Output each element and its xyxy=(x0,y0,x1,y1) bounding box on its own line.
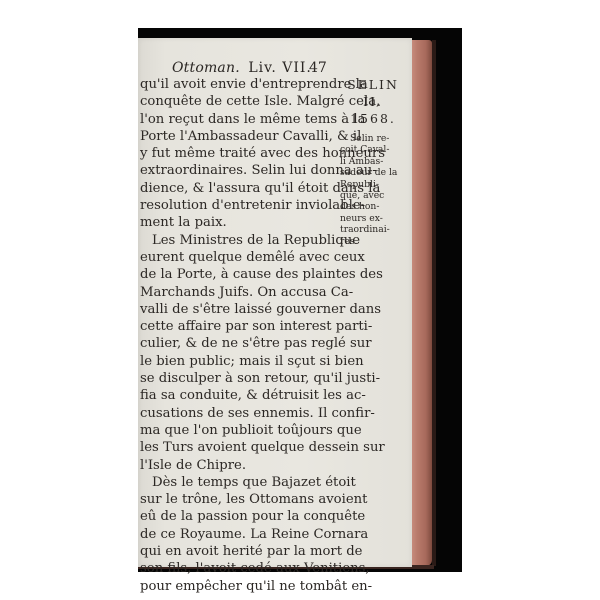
body-line: le bien public; mais il sçut si bien xyxy=(140,353,336,370)
body-line: cette affaire par son interest parti- xyxy=(140,318,336,335)
margin-notes: SELIN II. 1568. Selin re-çoit Caval-li A… xyxy=(340,76,406,247)
margin-note: Selin re-çoit Caval-li Ambas-sadeur de l… xyxy=(340,133,406,247)
body-line: extraordinaires. Selin lui donna au- xyxy=(140,162,336,179)
margin-note-line: Republi- xyxy=(340,179,406,190)
body-line: Porte l'Ambassadeur Cavalli, & il xyxy=(140,128,336,145)
margin-note-line: Selin re- xyxy=(340,133,406,144)
body-line: Les Ministres de la Republique xyxy=(140,232,336,249)
margin-note-line: neurs ex- xyxy=(340,213,406,224)
body-line: de ce Royaume. La Reine Cornara xyxy=(140,526,336,543)
body-line: resolution d'entretenir inviolable- xyxy=(140,197,336,214)
margin-note-line: li Ambas- xyxy=(340,156,406,167)
body-line: Marchands Juifs. On accusa Ca- xyxy=(140,284,336,301)
margin-head-ruler: SELIN xyxy=(340,76,406,93)
margin-note-line: que, avec xyxy=(340,190,406,201)
body-line: culier, & de ne s'être pas reglé sur xyxy=(140,335,336,352)
body-line: Dès le temps que Bajazet étoit xyxy=(140,474,336,491)
page-header: Ottoman. Liv. VII. 47 xyxy=(172,60,312,76)
body-line: qu'il avoit envie d'entreprendre la xyxy=(140,76,336,93)
book-page-edge xyxy=(411,40,432,566)
body-line: fia sa conduite, & détruisit les ac- xyxy=(140,387,336,404)
book-number: Liv. VII. xyxy=(248,60,312,76)
margin-note-line: des hon- xyxy=(340,201,406,212)
body-line: eû de la passion pour la conquête xyxy=(140,508,336,525)
margin-note-line: traordinai- xyxy=(340,224,406,235)
body-line: sur le trône, les Ottomans avoient xyxy=(140,491,336,508)
body-line: ma que l'on publioit toûjours que xyxy=(140,422,336,439)
body-line: valli de s'être laissé gouverner dans xyxy=(140,301,336,318)
body-line: ment la paix. xyxy=(140,214,336,231)
margin-note-line: çoit Caval- xyxy=(340,144,406,155)
body-line: y fut même traité avec des honneurs xyxy=(140,145,336,162)
body-line: son fils, l'avoit cedé aux Venitiens, xyxy=(140,560,336,577)
margin-note-line: sadeur de la xyxy=(340,167,406,178)
body-line: de la Porte, à cause des plaintes des xyxy=(140,266,336,283)
body-line: l'Isle de Chipre. xyxy=(140,457,336,474)
body-line: dience, & l'assura qu'il étoit dans la xyxy=(140,180,336,197)
margin-note-line: res. xyxy=(340,236,406,247)
body-line: qui en avoit herité par la mort de xyxy=(140,543,336,560)
body-line: les Turs avoient quelque dessein sur xyxy=(140,439,336,456)
body-line: pour empêcher qu'il ne tombât en- xyxy=(140,578,336,595)
body-line: se disculper à son retour, qu'il justi- xyxy=(140,370,336,387)
book-cover-shadow xyxy=(432,40,436,566)
body-line: cusations de ses ennemis. Il confir- xyxy=(140,405,336,422)
body-line: l'on reçut dans le même tems à la xyxy=(140,111,336,128)
margin-head-ordinal: II. xyxy=(340,93,406,110)
page-number: 47 xyxy=(309,60,327,76)
body-line: conquête de cette Isle. Malgré cela, xyxy=(140,93,336,110)
body-text: qu'il avoit envie d'entreprendre laconqu… xyxy=(140,76,336,595)
margin-head-year: 1568. xyxy=(340,110,406,127)
running-head: Ottoman. xyxy=(172,60,240,76)
body-line: eurent quelque demêlé avec ceux xyxy=(140,249,336,266)
